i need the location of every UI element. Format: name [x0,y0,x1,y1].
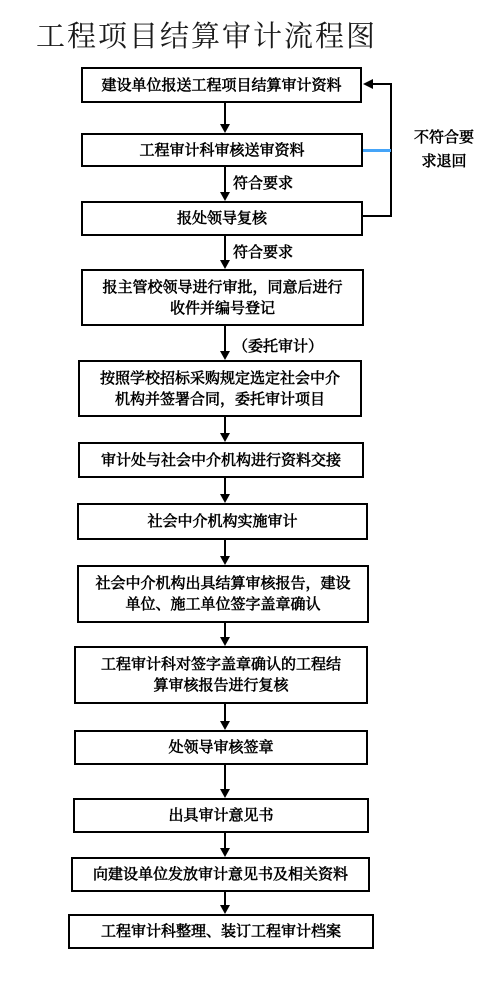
connector-line [224,417,226,433]
connector-line [224,326,226,351]
flow-node-label: 机构并签署合同，委托审计项目 [115,389,325,410]
flow-node-label: 社会中介机构出具结算审核报告，建设 [95,573,350,594]
edge-label-entrusted-audit: （委托审计） [233,335,323,356]
connector-line [224,704,226,721]
flow-node-issue-opinion: 出具审计意见书 [73,798,369,833]
connector-line [224,892,226,905]
flow-node-label: 按照学校招标采购规定选定社会中介 [100,368,340,389]
connector-line [224,540,226,556]
flow-node-leader-recheck: 报处领导复核 [81,201,363,236]
flow-node-label: 工程审计科整理、装订工程审计档案 [101,921,341,942]
edge-label-meets-requirements-2: 符合要求 [233,241,293,262]
connector-line [224,623,226,637]
arrow-down-icon [220,721,230,730]
reject-connector-from-review [363,149,391,152]
page-title: 工程项目结算审计流程图 [36,14,377,55]
reject-loop-top-line [373,83,392,85]
flow-node-section-recheck-report: 工程审计科对签字盖章确认的工程结 算审核报告进行复核 [74,646,368,704]
edge-label-reject-line1: 不符合要 [404,126,484,150]
arrow-down-icon [220,494,230,503]
flow-node-label: 单位、施工单位签字盖章确认 [125,594,320,615]
connector-line [224,167,226,192]
flow-node-label: 处领导审核签章 [168,737,273,758]
flow-node-school-leader-approval: 报主管校领导进行审批，同意后进行 收件并编号登记 [81,269,364,326]
connector-line [224,833,226,848]
flow-node-issue-review-report: 社会中介机构出具结算审核报告，建设 单位、施工单位签字盖章确认 [77,565,369,623]
flow-node-material-handover: 审计处与社会中介机构进行资料交接 [78,442,364,478]
flow-node-label: 向建设单位发放审计意见书及相关资料 [93,864,348,885]
connector-line [224,236,226,260]
arrow-down-icon [220,905,230,914]
flow-node-distribute-opinion: 向建设单位发放审计意见书及相关资料 [71,857,370,892]
flow-node-label: 出具审计意见书 [168,805,273,826]
arrow-down-icon [220,556,230,565]
arrow-down-icon [220,351,230,360]
connector-line [224,478,226,494]
flow-node-label: 审计处与社会中介机构进行资料交接 [101,450,341,471]
arrow-left-icon [363,79,373,89]
flow-node-leader-sign: 处领导审核签章 [74,730,368,765]
flow-node-label: 工程审计科审核送审资料 [139,140,304,161]
edge-label-meets-requirements-1: 符合要求 [233,172,293,193]
flow-node-label: 建设单位报送工程项目结算审计资料 [101,75,341,96]
connector-line [224,765,226,789]
flow-node-submit-materials: 建设单位报送工程项目结算审计资料 [81,67,362,103]
flow-node-agency-audit: 社会中介机构实施审计 [77,503,368,540]
flow-node-label: 工程审计科对签字盖章确认的工程结 [101,654,341,675]
arrow-down-icon [220,192,230,201]
flowchart-canvas: 工程项目结算审计流程图 建设单位报送工程项目结算审计资料 工程审计科审核送审资料… [0,0,501,989]
edge-label-reject-line2: 求退回 [404,150,484,174]
arrow-down-icon [220,637,230,646]
arrow-down-icon [220,848,230,857]
flow-node-label: 报主管校领导进行审批，同意后进行 [102,277,342,298]
connector-line [224,103,226,124]
flow-node-label: 社会中介机构实施审计 [147,511,297,532]
arrow-down-icon [220,789,230,798]
flow-node-section-review: 工程审计科审核送审资料 [81,133,363,167]
arrow-down-icon [220,124,230,133]
arrow-down-icon [220,260,230,269]
flow-node-archive-files: 工程审计科整理、装订工程审计档案 [68,914,374,949]
flow-node-select-agency: 按照学校招标采购规定选定社会中介 机构并签署合同，委托审计项目 [78,360,362,417]
flow-node-label: 收件并编号登记 [170,298,275,319]
flow-node-label: 算审核报告进行复核 [153,675,288,696]
reject-connector-from-recheck [363,215,392,217]
flow-node-label: 报处领导复核 [177,208,267,229]
arrow-down-icon [220,433,230,442]
edge-label-reject-return: 不符合要 求退回 [404,126,484,174]
